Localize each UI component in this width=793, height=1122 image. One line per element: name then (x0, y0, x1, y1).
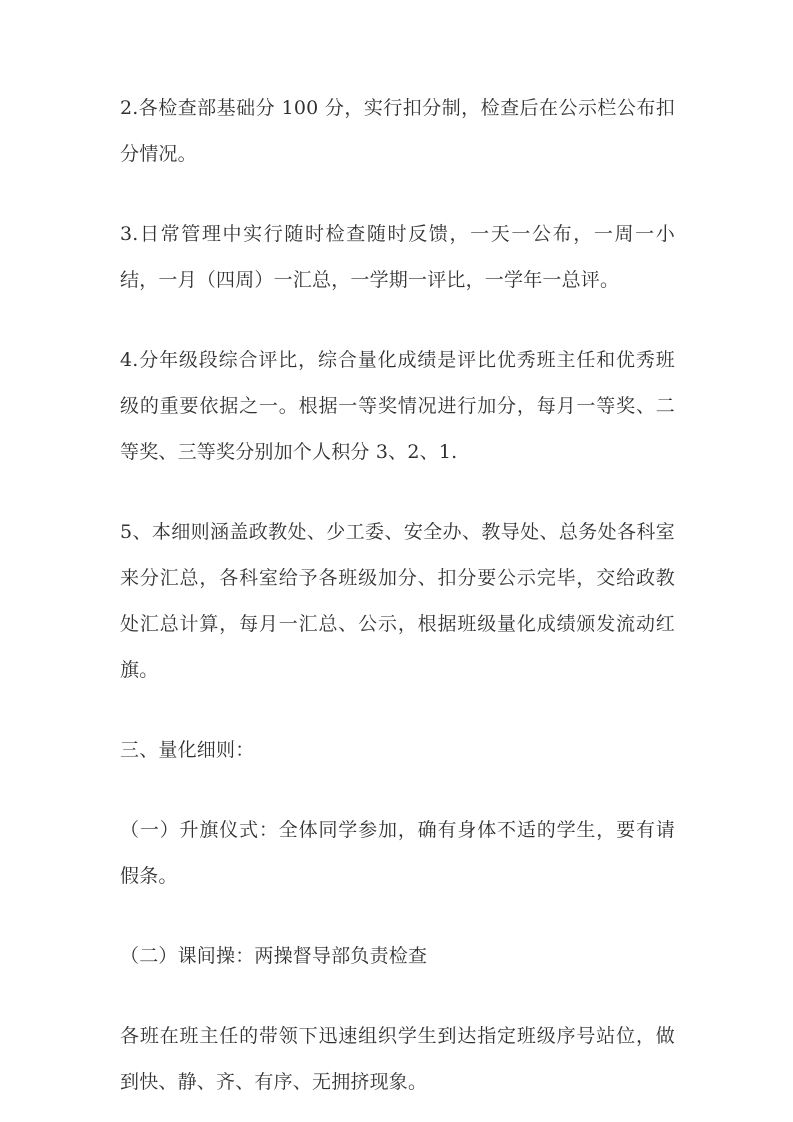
paragraph-rule-5: 5、本细则涵盖政教处、少工委、安全办、教导处、总务处各科室来分汇总，各科室给予各… (120, 509, 675, 693)
paragraph-item-2-recess-exercise: （二）课间操：两操督导部负责检查 (120, 933, 675, 979)
document-page: 2.各检查部基础分 100 分，实行扣分制，检查后在公示栏公布扣分情况。 3.日… (0, 0, 793, 1122)
paragraph-rule-4: 4.分年级段综合评比，综合量化成绩是评比优秀班主任和优秀班级的重要依据之一。根据… (120, 337, 675, 475)
paragraph-rule-3: 3.日常管理中实行随时检查随时反馈，一天一公布，一周一小结，一月（四周）一汇总，… (120, 211, 675, 303)
paragraph-rule-2: 2.各检查部基础分 100 分，实行扣分制，检查后在公示栏公布扣分情况。 (120, 85, 675, 177)
section-heading-quantification-rules: 三、量化细则： (120, 727, 675, 773)
paragraph-recess-exercise-detail: 各班在班主任的带领下迅速组织学生到达指定班级序号站位，做到快、静、齐、有序、无拥… (120, 1013, 675, 1105)
paragraph-item-1-flag-ceremony: （一）升旗仪式：全体同学参加，确有身体不适的学生，要有请假条。 (120, 807, 675, 899)
